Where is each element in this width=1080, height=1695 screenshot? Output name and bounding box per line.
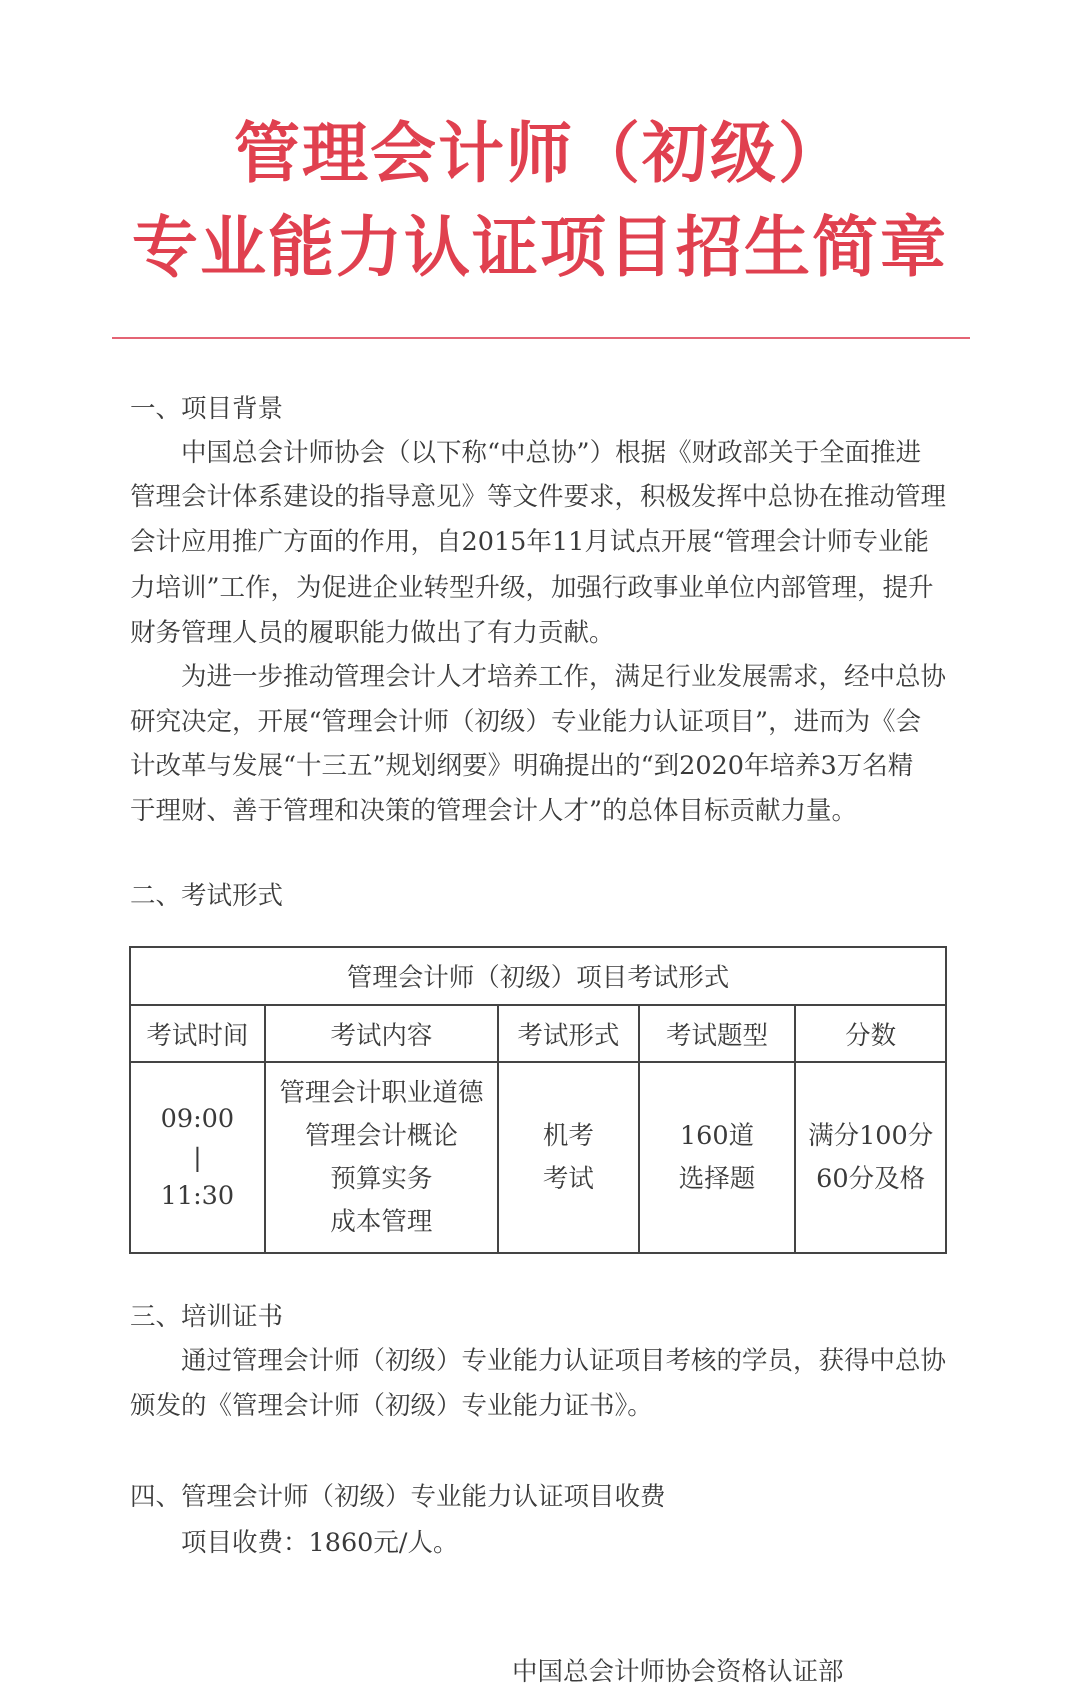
paragraph-line: 管理会计体系建设的指导意见》等文件要求，积极发挥中总协在推动管理 <box>130 475 948 519</box>
column-header-question-type: 考试题型 <box>639 1005 796 1062</box>
subject: 管理会计概论 <box>266 1115 497 1158</box>
cell-content: 管理会计职业道德 管理会计概论 预算实务 成本管理 <box>265 1062 498 1253</box>
exam-start-time: 09:00 <box>131 1098 264 1141</box>
cell-question-type: 160道 选择题 <box>639 1062 796 1253</box>
question-count: 160道 <box>640 1115 795 1158</box>
section-heading-fee: 四、管理会计师（初级）专业能力认证项目收费 <box>130 1475 666 1519</box>
table-caption: 管理会计师（初级）项目考试形式 <box>130 947 946 1005</box>
format-line: 机考 <box>499 1115 638 1158</box>
time-separator: | <box>131 1141 264 1175</box>
cell-time: 09:00 | 11:30 <box>130 1062 265 1253</box>
subject: 管理会计职业道德 <box>266 1072 497 1115</box>
paragraph-line: 为进一步推动管理会计人才培养工作，满足行业发展需求，经中总协 <box>181 655 999 699</box>
exam-format-table: 管理会计师（初级）项目考试形式 考试时间 考试内容 考试形式 考试题型 分数 0… <box>129 946 947 1254</box>
column-header-content: 考试内容 <box>265 1005 498 1062</box>
document-title-line-2: 专业能力认证项目招生简章 <box>0 207 1080 287</box>
column-header-time: 考试时间 <box>130 1005 265 1062</box>
table-row: 09:00 | 11:30 管理会计职业道德 管理会计概论 预算实务 成本管理 … <box>130 1062 946 1253</box>
column-header-format: 考试形式 <box>498 1005 639 1062</box>
paragraph-line: 计改革与发展“十三五”规划纲要》明确提出的“到2020年培养3万名精 <box>130 744 948 788</box>
document-title-line-1: 管理会计师（初级） <box>0 113 1080 193</box>
paragraph-line: 力培训”工作，为促进企业转型升级，加强行政事业单位内部管理，提升 <box>130 566 948 610</box>
section-heading-background: 一、项目背景 <box>130 387 283 431</box>
paragraph-line: 研究决定，开展“管理会计师（初级）专业能力认证项目”，进而为《会 <box>130 700 948 744</box>
title-divider <box>112 337 970 339</box>
fee-amount: 项目收费：1860元/人。 <box>181 1521 999 1565</box>
paragraph-line: 会计应用推广方面的作用，自2015年11月试点开展“管理会计师专业能 <box>130 520 948 564</box>
question-kind: 选择题 <box>640 1158 795 1201</box>
exam-end-time: 11:30 <box>131 1175 264 1218</box>
paragraph-line: 财务管理人员的履职能力做出了有力贡献。 <box>130 611 948 655</box>
cell-score: 满分100分 60分及格 <box>795 1062 946 1253</box>
column-header-score: 分数 <box>795 1005 946 1062</box>
section-heading-exam: 二、考试形式 <box>130 874 283 918</box>
issuer-signature: 中国总会计师协会资格认证部 <box>512 1650 844 1694</box>
paragraph-line: 中国总会计师协会（以下称“中总协”）根据《财政部关于全面推进 <box>181 431 999 475</box>
section-heading-certificate: 三、培训证书 <box>130 1295 283 1339</box>
paragraph-line: 于理财、善于管理和决策的管理会计人才”的总体目标贡献力量。 <box>130 789 948 833</box>
paragraph-line: 通过管理会计师（初级）专业能力认证项目考核的学员，获得中总协 <box>181 1339 999 1383</box>
subject: 预算实务 <box>266 1158 497 1201</box>
passing-score: 60分及格 <box>796 1158 945 1201</box>
cell-format: 机考 考试 <box>498 1062 639 1253</box>
format-line: 考试 <box>499 1158 638 1201</box>
subject: 成本管理 <box>266 1201 497 1244</box>
full-score: 满分100分 <box>796 1115 945 1158</box>
paragraph-line: 颁发的《管理会计师（初级）专业能力证书》。 <box>130 1384 948 1428</box>
